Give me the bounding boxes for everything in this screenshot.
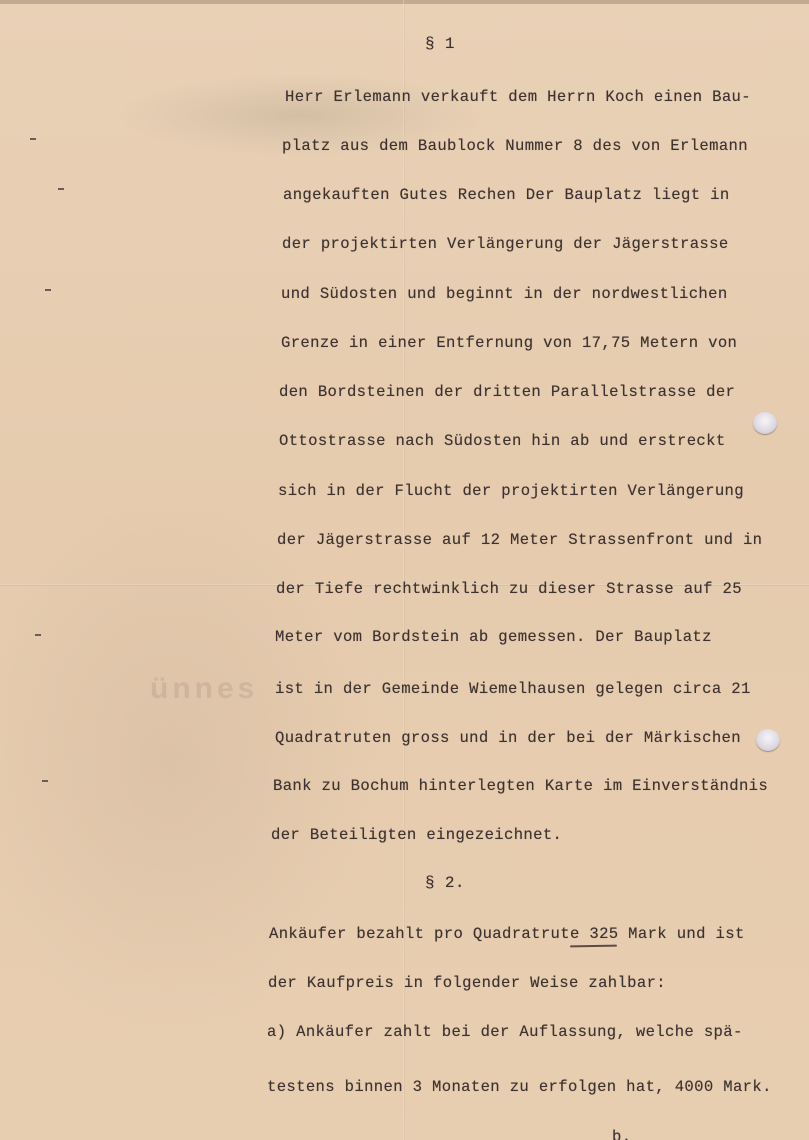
body-line: Ankäufer bezahlt pro Quadratrute 325 Mar…: [269, 925, 745, 943]
body-line: Herr Erlemann verkauft dem Herrn Koch ei…: [285, 88, 751, 106]
body-line: Ottostrasse nach Südosten hin ab und ers…: [279, 432, 726, 450]
body-line: Grenze in einer Entfernung von 17,75 Met…: [281, 334, 737, 352]
section-1-heading: § 1: [425, 35, 455, 53]
body-line: der Tiefe rechtwinklich zu dieser Strass…: [276, 580, 742, 598]
next-item-marker: b.: [612, 1128, 631, 1140]
body-line: der projektirten Verlängerung der Jägers…: [282, 235, 729, 253]
body-line: ist in der Gemeinde Wiemelhausen gelegen…: [275, 680, 751, 698]
body-line: sich in der Flucht der projektirten Verl…: [278, 482, 744, 500]
margin-mark: [58, 188, 64, 190]
body-line: der Jägerstrasse auf 12 Meter Strassenfr…: [277, 531, 762, 549]
margin-mark: [45, 289, 51, 291]
body-line: Quadratruten gross und in der bei der Mä…: [275, 729, 741, 747]
margin-mark: [35, 634, 41, 636]
margin-mark: [30, 138, 36, 140]
body-line: angekauften Gutes Rechen Der Bauplatz li…: [283, 186, 730, 204]
section-2-heading: § 2.: [425, 874, 465, 892]
punch-hole: [753, 412, 777, 434]
punch-hole: [756, 729, 780, 751]
show-through-print: ünnes: [150, 672, 258, 706]
body-line: der Beteiligten eingezeichnet.: [271, 826, 562, 844]
body-line: Meter vom Bordstein ab gemessen. Der Bau…: [275, 628, 712, 646]
body-line: den Bordsteinen der dritten Parallelstra…: [279, 383, 735, 401]
body-line: testens binnen 3 Monaten zu erfolgen hat…: [267, 1078, 772, 1096]
body-line: platz aus dem Baublock Nummer 8 des von …: [282, 137, 748, 155]
margin-mark: [42, 780, 48, 782]
body-line: Bank zu Bochum hinterlegten Karte im Ein…: [273, 777, 768, 795]
body-line: der Kaufpreis in folgender Weise zahlbar…: [268, 974, 666, 992]
vertical-fold-line: [403, 0, 405, 1140]
body-line: a) Ankäufer zahlt bei der Auflassung, we…: [267, 1023, 743, 1041]
body-line: und Südosten und beginnt in der nordwest…: [281, 285, 728, 303]
